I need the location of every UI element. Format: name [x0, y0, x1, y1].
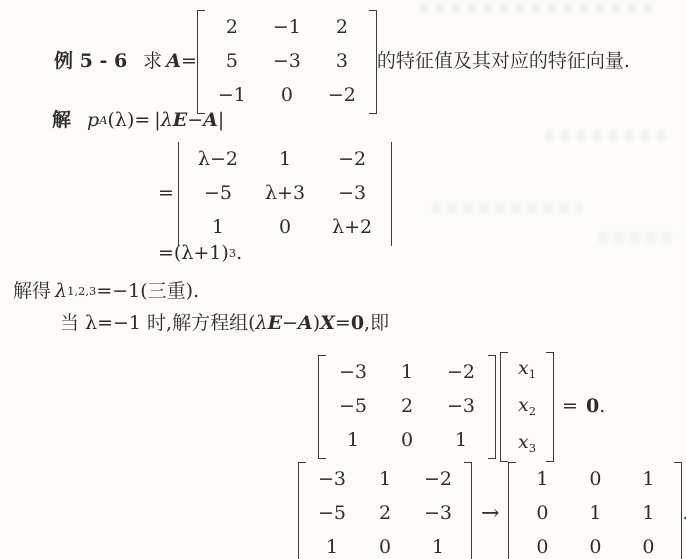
- matrix-cell: 2: [394, 396, 420, 418]
- lambda-subscript: 1,2,3: [67, 285, 96, 298]
- matrix-cell: −2: [328, 85, 356, 107]
- lambda-symbol: λ: [256, 313, 268, 335]
- matrix-after-reduction: 101011000: [508, 462, 682, 559]
- matrix-cell: −2: [338, 149, 366, 171]
- left-bracket: [197, 10, 205, 114]
- right-arrow-icon: →: [481, 501, 499, 526]
- textbook-page: { "colors": { "ink": "#2e2c2a", "paper":…: [0, 0, 686, 559]
- char-poly-func: p: [87, 110, 99, 132]
- x-base: x: [518, 357, 529, 379]
- matrix-cell: 3: [329, 51, 355, 73]
- determinant-bar-left: [178, 142, 185, 246]
- equals-sign: =: [562, 396, 578, 418]
- abs-bar-close: |: [218, 110, 224, 132]
- matrix-cell: −3: [339, 362, 367, 384]
- matrix-cell: −3: [447, 396, 475, 418]
- right-bracket: [488, 355, 496, 459]
- matrix-cell: 1: [394, 362, 420, 384]
- matrix-cell: λ+3: [265, 183, 305, 205]
- vector-entry: x1: [517, 358, 537, 381]
- matrix-cell: 1: [319, 537, 345, 559]
- equals-sign: =: [181, 51, 197, 73]
- factored-result-line: =(λ+1)3.: [158, 243, 242, 265]
- eigenvalue-line: 解得 λ1,2,3=−1(三重).: [13, 281, 199, 303]
- result-period: .: [236, 243, 242, 265]
- right-bracket: [464, 462, 472, 559]
- coefficient-matrix: −31−2−52−3101: [318, 355, 496, 459]
- matrix-cell: −5: [339, 396, 367, 418]
- matrix-cell: 0: [272, 217, 298, 239]
- matrix-cell: 5: [219, 51, 245, 73]
- matrix-cell: −3: [318, 469, 346, 491]
- coefficient-cells: −31−2−52−3101: [326, 355, 488, 459]
- result-exponent: 3: [229, 247, 236, 260]
- equals-sign: =: [335, 313, 351, 335]
- scan-noise: [598, 232, 678, 243]
- matrix-symbol-A: A: [298, 313, 313, 335]
- matrix-cell: 1: [205, 217, 231, 239]
- eigen-value-text: =−1(三重).: [96, 281, 199, 303]
- scan-noise: [432, 203, 582, 214]
- x-sub: 2: [529, 404, 536, 418]
- char-poly-arg: (λ)=: [108, 110, 151, 132]
- determinant-block: = λ−21−2−5λ+3−310λ+2: [158, 142, 392, 246]
- matrix-a: 2−125−33−10−2: [197, 10, 377, 114]
- scan-noise: [545, 130, 670, 141]
- zero-vector: 0: [351, 313, 364, 335]
- matrix-cell: −5: [204, 183, 232, 205]
- matrix-cell: 0: [582, 537, 608, 559]
- matrix-cell: −2: [447, 362, 475, 384]
- x-sub: 1: [529, 367, 536, 381]
- matrix-before-reduction: −31−2−52−3101: [298, 462, 472, 559]
- lambda-symbol: λ: [55, 281, 67, 303]
- solution-label: 解: [52, 110, 71, 132]
- determinant-bar-right: [385, 142, 392, 246]
- row-reduction: −31−2−52−3101 → 101011000 .: [298, 462, 686, 559]
- case-line: 当 λ=−1 时,解方程组(λE−A)X=0,即: [60, 313, 389, 335]
- x-sub: 3: [529, 441, 536, 455]
- left-bracket: [508, 462, 516, 559]
- matrix-cell: −1: [218, 85, 246, 107]
- matrix-cell: −5: [318, 503, 346, 525]
- case-text-3: ,即: [364, 313, 389, 335]
- after-cells: 101011000: [516, 462, 674, 559]
- matrix-symbol-A: A: [203, 110, 218, 132]
- matrix-cell: 1: [635, 503, 661, 525]
- right-bracket: [546, 352, 554, 462]
- period: .: [599, 396, 605, 418]
- example-label: 例 5 - 6: [54, 51, 127, 73]
- eigen-prefix: 解得: [13, 281, 51, 303]
- minus-sign: −: [282, 313, 298, 335]
- equals-sign: =: [158, 183, 174, 205]
- unknown-vector: x1 x2 x3: [500, 352, 554, 462]
- right-bracket: [674, 462, 682, 559]
- lambda-symbol: λ: [161, 110, 173, 132]
- left-bracket: [298, 462, 306, 559]
- matrix-cell: 1: [529, 469, 555, 491]
- matrix-cell: 0: [372, 537, 398, 559]
- minus-sign: −: [187, 110, 203, 132]
- vector-entry: x2: [517, 395, 537, 418]
- matrix-cell: −2: [424, 469, 452, 491]
- matrix-cell: 0: [582, 469, 608, 491]
- before-cells: −31−2−52−3101: [306, 462, 464, 559]
- matrix-cell: 1: [340, 430, 366, 452]
- zero-vector: 0: [586, 396, 599, 418]
- matrix-symbol-A: A: [166, 51, 181, 73]
- left-bracket: [318, 355, 326, 459]
- matrix-cell: −3: [424, 503, 452, 525]
- left-bracket: [500, 352, 508, 462]
- characteristic-determinant: λ−21−2−5λ+3−310λ+2: [178, 142, 392, 246]
- x-base: x: [518, 431, 529, 453]
- matrix-cell: 2: [329, 17, 355, 39]
- matrix-cell: 1: [448, 430, 474, 452]
- matrix-cell: 1: [635, 469, 661, 491]
- result-body: =(λ+1): [158, 243, 229, 265]
- vector-symbol-X: X: [320, 313, 335, 335]
- matrix-cell: 0: [529, 503, 555, 525]
- matrix-cell: 1: [272, 149, 298, 171]
- equation-system: −31−2−52−3101 x1 x2 x3 = 0.: [318, 352, 605, 462]
- matrix-cell: 0: [394, 430, 420, 452]
- matrix-cell: 0: [529, 537, 555, 559]
- matrix-cell: 1: [372, 469, 398, 491]
- identity-symbol-E: E: [268, 313, 282, 335]
- matrix-cell: λ−2: [198, 149, 238, 171]
- x-base: x: [518, 394, 529, 416]
- problem-statement: 例 5 - 6 求 A = 2−125−33−10−2 的特征值及其对应的特征向…: [54, 10, 630, 114]
- problem-suffix: 的特征值及其对应的特征向量.: [377, 51, 630, 73]
- vector-entry: x3: [517, 432, 537, 455]
- matrix-cell: −3: [338, 183, 366, 205]
- find-text: 求: [143, 51, 162, 73]
- matrix-cell: 2: [219, 17, 245, 39]
- matrix-cell: 0: [274, 85, 300, 107]
- matrix-cell: λ+2: [332, 217, 372, 239]
- matrix-cell: 1: [582, 503, 608, 525]
- identity-symbol-E: E: [173, 110, 187, 132]
- matrix-cell: −1: [273, 17, 301, 39]
- matrix-cell: 0: [635, 537, 661, 559]
- matrix-cell: 2: [372, 503, 398, 525]
- char-poly-func-sub: A: [99, 114, 107, 127]
- solution-first-line: 解 pA(λ)= |λE−A|: [52, 110, 224, 132]
- matrix-cell: 1: [425, 537, 451, 559]
- determinant-cells: λ−21−2−5λ+3−310λ+2: [185, 142, 385, 246]
- right-bracket: [369, 10, 377, 114]
- period: .: [682, 503, 686, 525]
- unknown-vector-cells: x1 x2 x3: [508, 352, 546, 462]
- case-text-1: 当 λ=−1 时,解方程组(: [60, 313, 256, 335]
- matrix-a-cells: 2−125−33−10−2: [205, 10, 369, 114]
- matrix-cell: −3: [273, 51, 301, 73]
